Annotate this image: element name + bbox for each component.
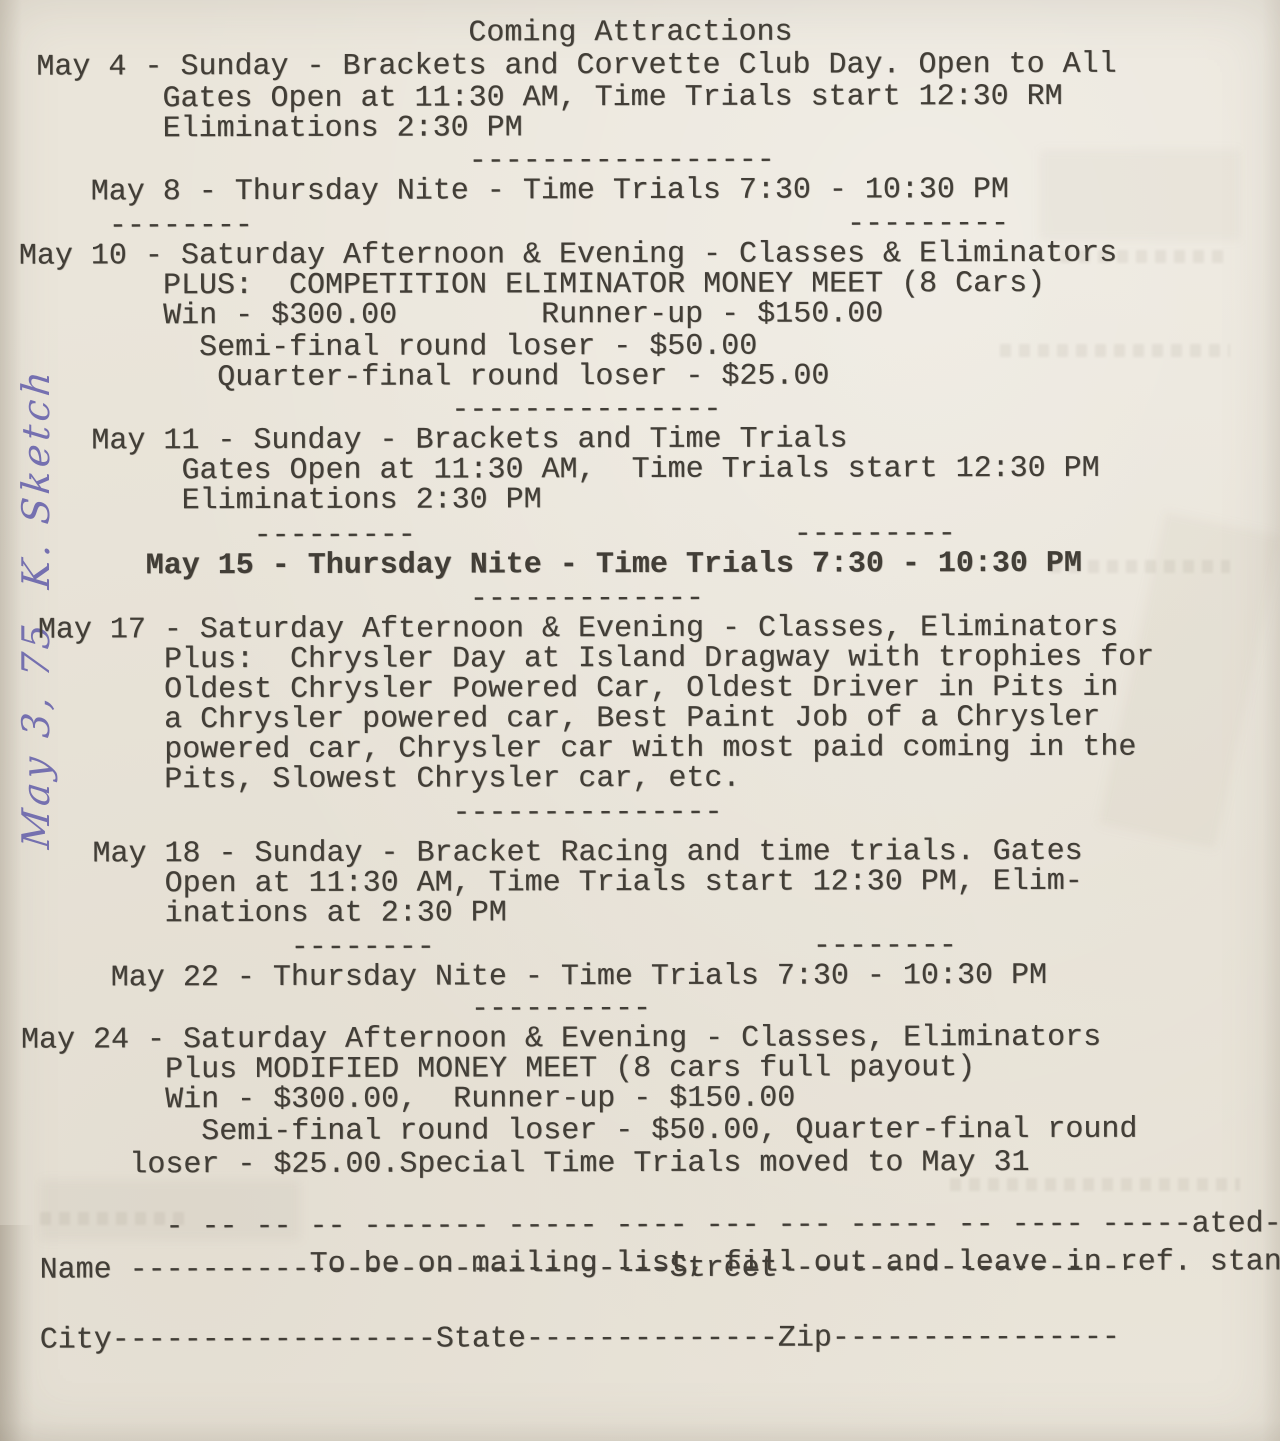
event-may22-line1: May 22 - Thursday Nite - Time Trials 7:3… (21, 960, 1280, 993)
separator-dashes: ----------------- (19, 144, 1279, 177)
event-may17-line5: powered car, Chrysler car with most paid… (20, 732, 1280, 765)
mailing-list-instruction: To be on mailing list, fill out and leav… (21, 1187, 1280, 1220)
overstrike-dashes: - -- -- -- ------- ----- ---- --- --- --… (165, 1209, 1280, 1242)
event-may8-line1: May 8 - Thursday Nite - Time Trials 7:30… (19, 174, 1279, 207)
scanned-flyer-page: May 3, 75 K. Sketch Coming Attractions M… (0, 0, 1280, 1441)
separator-dashes: --------------- (20, 796, 1280, 829)
event-may24-line2: Plus MODIFIED MONEY MEET (8 cars full pa… (21, 1052, 1280, 1085)
event-may4-line2: Gates Open at 11:30 AM, Time Trials star… (18, 81, 1278, 114)
separator-dashes-pair: -------- -------- (21, 930, 1280, 963)
event-may11-line3: Eliminations 2:30 PM (19, 483, 1279, 516)
event-may10-line4: Semi-final round loser - $50.00 (19, 330, 1279, 363)
event-may10-line1: May 10 - Saturday Afternoon & Evening - … (19, 238, 1279, 271)
separator-dashes: --------------- (19, 393, 1279, 426)
event-may24-line4: Semi-final round loser - $50.00, Quarter… (21, 1114, 1280, 1147)
event-may24-line1: May 24 - Saturday Afternoon & Evening - … (21, 1022, 1280, 1055)
event-may24-line5: loser - $25.00.Special Time Trials moved… (21, 1147, 1280, 1180)
event-may18-line1: May 18 - Sunday - Bracket Racing and tim… (20, 836, 1280, 869)
page-title: Coming Attractions (18, 16, 1278, 49)
event-may4-line1: May 4 - Sunday - Brackets and Corvette C… (18, 49, 1278, 82)
typewritten-document: Coming Attractions May 4 - Sunday - Brac… (0, 0, 1280, 1356)
event-may4-line3: Eliminations 2:30 PM (19, 111, 1279, 144)
event-may15-line1: May 15 - Thursday Nite - Time Trials 7:3… (20, 548, 1280, 581)
mailing-list-text: To be on mailing list, fill out and leav… (310, 1245, 1280, 1282)
event-may10-line5: Quarter-final round loser - $25.00 (19, 360, 1279, 393)
event-may10-line2: PLUS: COMPETITION ELIMINATOR MONEY MEET … (19, 268, 1279, 301)
event-may18-line2: Open at 11:30 AM, Time Trials start 12:3… (21, 866, 1280, 899)
event-may11-line2: Gates Open at 11:30 AM, Time Trials star… (19, 453, 1279, 486)
event-may18-line3: inations at 2:30 PM (21, 896, 1280, 929)
event-may24-line3: Win - $300.00, Runner-up - $150.00 (21, 1082, 1280, 1115)
event-may10-line3: Win - $300.00 Runner-up - $150.00 (19, 298, 1279, 331)
separator-dashes-pair: --------- --------- (20, 518, 1280, 551)
event-may17-line6: Pits, Slowest Chrysler car, etc. (20, 762, 1280, 795)
